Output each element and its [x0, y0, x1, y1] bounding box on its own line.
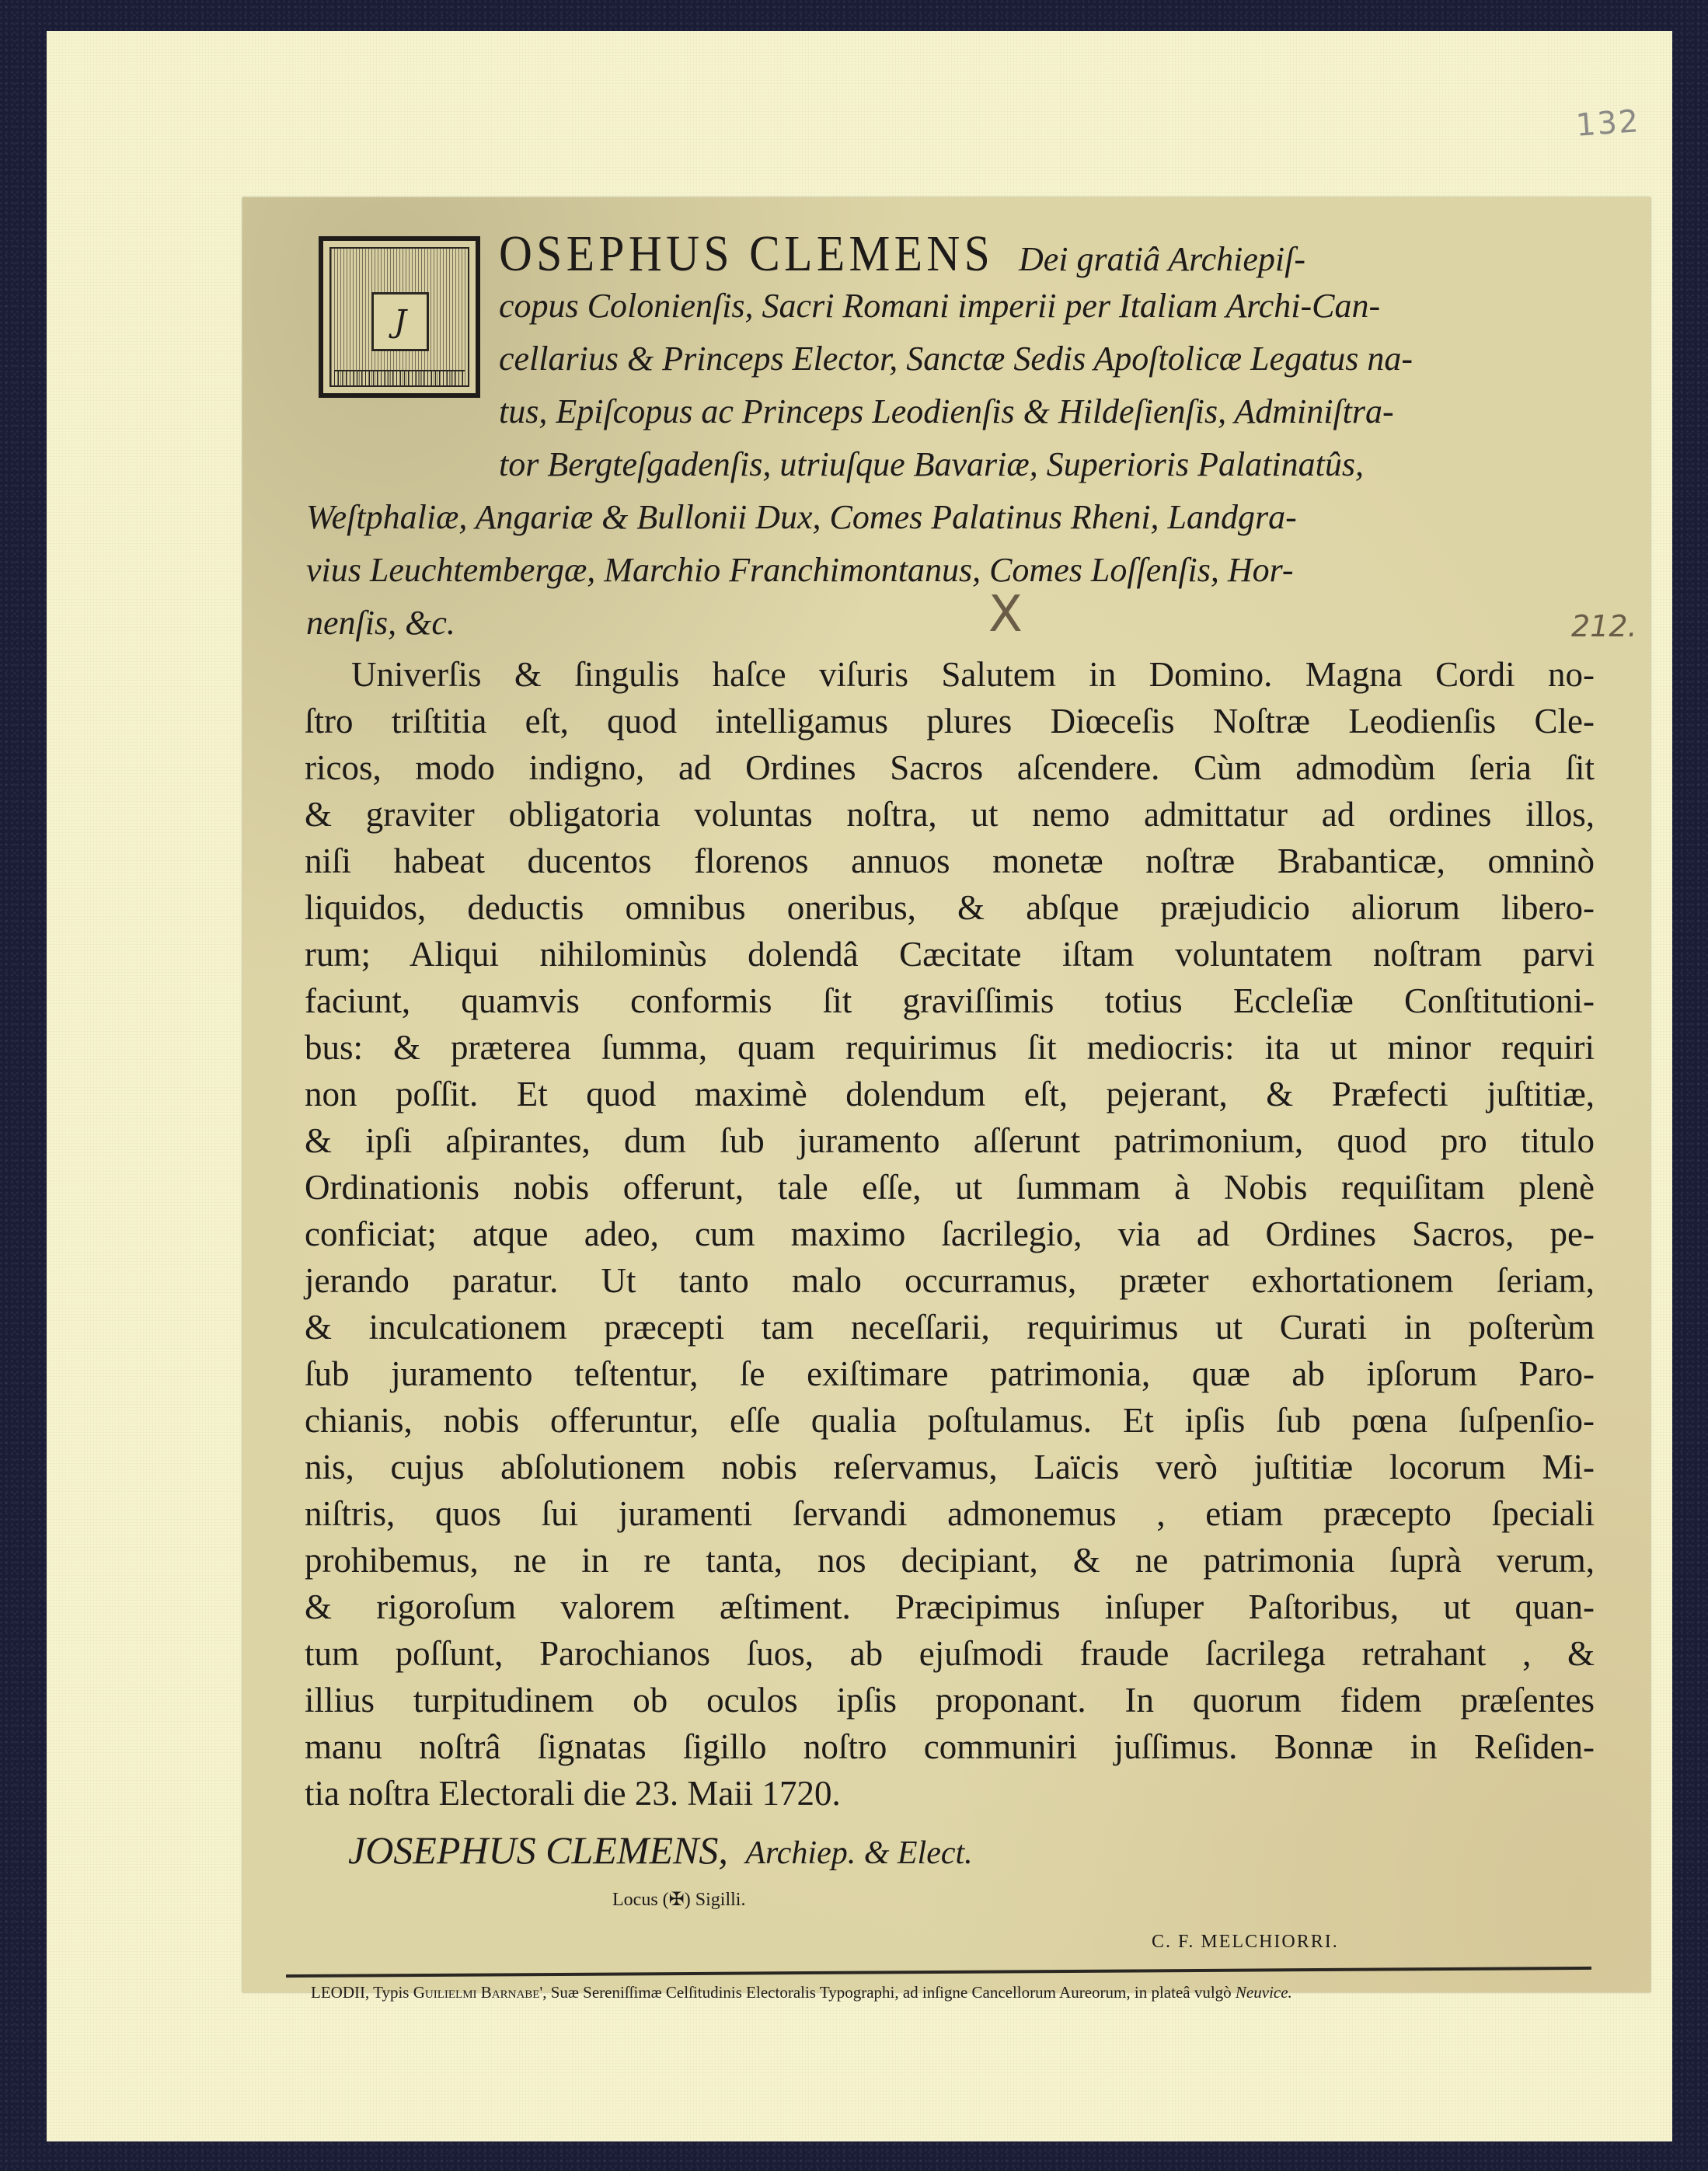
body-line: prohibemus, ne in re tanta, nos decipian… — [305, 1543, 1595, 1578]
body-line: niſtris, quos ſui juramenti ſervandi adm… — [305, 1497, 1595, 1532]
body-line: rum; Aliqui nihilominùs dolendâ Cæcitate… — [305, 937, 1595, 972]
body-line: jerando paratur. Ut tanto malo occurramu… — [305, 1263, 1595, 1298]
heading-line-3: cellarius & Princeps Elector, Sanctæ Sed… — [499, 342, 1413, 376]
body-line: tum poſſunt, Parochianos ſuos, ab ejuſmo… — [305, 1636, 1595, 1671]
issuer-name: OSEPHUS CLEMENS — [499, 228, 994, 280]
body-line: illius turpitudinem ob oculos ipſis prop… — [305, 1683, 1595, 1718]
body-line: Ordinationis nobis offerunt, tale eſſe, … — [305, 1170, 1595, 1205]
seal-label-after: ) Sigilli. — [685, 1890, 746, 1910]
printer-imprint: LEODII, Typis Guilielmi Barnabe', Suæ Se… — [311, 1983, 1601, 2002]
countersignature: C. F. MELCHIORRI. — [1152, 1932, 1339, 1953]
heading-line-4: tus, Epiſcopus ac Princeps Leodienſis & … — [499, 395, 1394, 429]
body-line: & inculcationem præcepti tam neceſſarii,… — [305, 1310, 1595, 1345]
imprint-place: LEODII, Typis — [311, 1983, 413, 2002]
body-line: Univerſis & ſingulis haſce viſuris Salut… — [351, 657, 1595, 692]
page-reference: 212. — [1571, 609, 1637, 643]
heading-line-6: Weſtphaliæ, Angariæ & Bullonii Dux, Come… — [306, 500, 1297, 535]
folio-number: 132 — [1574, 103, 1640, 144]
body-line: chianis, nobis offeruntur, eſſe qualia p… — [305, 1403, 1595, 1438]
seal-label-before: Locus ( — [612, 1890, 669, 1910]
printed-ordinance: J OSEPHUS CLEMENS Dei gratiâ Archiepiſ- … — [242, 197, 1650, 1992]
altar-steps-icon — [334, 370, 465, 385]
body-line: & ipſi aſpirantes, dum ſub juramento aſſ… — [305, 1124, 1595, 1159]
signatory-title: Archiep. & Elect. — [745, 1835, 972, 1871]
body-line: nis, cujus abſolutionem nobis reſervamus… — [305, 1450, 1595, 1485]
body-line: & graviter obligatoria voluntas noſtra, … — [305, 797, 1595, 832]
heading-line-7: vius Leuchtembergæ, Marchio Franchimonta… — [306, 553, 1294, 587]
heading-line-2: copus Colonienſis, Sacri Romani imperii … — [499, 289, 1380, 323]
heading-line-8: nenſis, &c. — [306, 606, 455, 640]
body-line: non poſſit. Et quod maximè dolendum eſt,… — [305, 1077, 1595, 1112]
body-line: ſtro triſtitia eſt, quod intelligamus pl… — [305, 704, 1595, 739]
mount-board: 132 J OSEPHUS CLEMENS Dei gratiâ Archiep… — [47, 31, 1672, 2141]
signatory-name: JOSEPHUS CLEMENS, — [348, 1828, 728, 1872]
heading-line-5: tor Bergteſgadenſis, utriuſque Bavariæ, … — [499, 448, 1364, 482]
initial-letter: J — [371, 292, 429, 351]
body-line: conficiat; atque adeo, cum maximo ſacril… — [305, 1217, 1595, 1252]
body-line: bus: & præterea ſumma, quam requirimus ſ… — [305, 1030, 1595, 1065]
heading-line-1: OSEPHUS CLEMENS Dei gratiâ Archiepiſ- — [499, 228, 1305, 280]
imprint-printer: Guilielmi Barnabe', — [413, 1983, 547, 2002]
body-line: manu noſtrâ ſignatas ſigillo noſtro comm… — [305, 1730, 1595, 1765]
body-line: niſi habeat ducentos florenos annuos mon… — [305, 844, 1595, 879]
signature: JOSEPHUS CLEMENS, Archiep. & Elect. — [348, 1828, 973, 1873]
body-line: faciunt, quamvis conformis ſit graviſſim… — [305, 984, 1595, 1019]
cross-icon: ✠ — [669, 1890, 685, 1910]
imprint-street: Neuvice. — [1236, 1983, 1292, 2002]
seal-place: Locus (✠) Sigilli. — [612, 1888, 745, 1911]
body-line: & rigoroſum valorem æſtiment. Præcipimus… — [305, 1590, 1595, 1625]
heading-line-1-text: Dei gratiâ Archiepiſ- — [1019, 240, 1305, 278]
body-line: ricos, modo indigno, ad Ordines Sacros a… — [305, 751, 1595, 786]
imprint-rule — [286, 1967, 1591, 1978]
body-line: ſub juramento teſtentur, ſe exiſtimare p… — [305, 1357, 1595, 1392]
body-line: liquidos, deductis omnibus oneribus, & a… — [305, 890, 1595, 925]
imprint-details: Suæ Sereniſſimæ Celſitudinis Electoralis… — [547, 1983, 1236, 2002]
pen-mark: X — [988, 586, 1023, 643]
body-line-dateline: tia noſtra Electorali die 23. Maii 1720. — [305, 1776, 841, 1811]
decorated-initial: J — [319, 236, 480, 398]
